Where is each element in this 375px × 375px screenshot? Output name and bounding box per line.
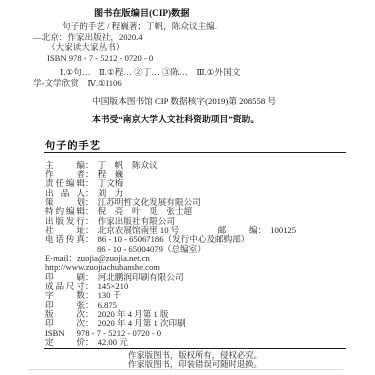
field-value: 2020 年 4 月第 1 次印刷 [98,318,186,328]
cip-entry-line: —北京：作家出版社，2020.4 [33,32,338,43]
book-title: 句子的手艺 [45,137,101,152]
footer-notices: 作家版图书，版权所有，侵权必究。 作家版图书，印装错误可随时退换。 [44,351,346,370]
copyright-notice: 作家版图书，版权所有，侵权必究。 [44,351,346,360]
cip-entry-line: ISBN 978 - 7 - 5212 - 0720 - 0 [47,53,338,64]
cip-entry-block: 句子的手艺 / 程巍著；丁帆，陈众议主编. —北京：作家出版社，2020.4 （… [33,21,338,63]
cip-entry-line: （大家读大家丛书） [47,42,338,53]
colophon-row-price: 定价：42.00 元 [45,338,346,347]
field-value: 100125 [270,225,296,235]
footer-divider-rule [44,348,346,349]
cip-classification-line: 学-文学欣赏 Ⅳ.①I106 [33,78,338,89]
colophon-table: 主编：丁 帆 陈众议 作者：程 巍 责任编辑：丁文梅 出品人：刘 力 策划：江苏… [45,161,346,348]
title-divider-rule [44,152,346,154]
field-value: 丁 帆 陈众议 [98,160,158,170]
field-colon: ： [258,226,267,235]
cip-entry-line: 句子的手艺 / 程巍著；丁帆，陈众议主编. [62,21,338,32]
website-text: http://www.zuojiachubanshe.com [45,262,160,272]
cip-heading: 图书在版编目(CIP)数据 [94,5,189,19]
field-value: 丁文梅 [98,178,124,188]
funding-note: 本书受“南京大学人文社科资助项目”资助。 [92,112,259,125]
cip-classification-line: Ⅰ.①句… Ⅱ.①程… ②丁… ③陈… Ⅲ.①外国文 [60,67,338,78]
exchange-notice: 作家版图书，印装错误可随时退换。 [44,360,346,369]
field-label: 定价 [45,338,85,347]
copyright-page: 图书在版编目(CIP)数据 句子的手艺 / 程巍著；丁帆，陈众议主编. —北京：… [0,0,375,375]
field-value: 130 千 [98,290,122,300]
field-label: 电话传真 [45,235,85,244]
field-value: 42.00 元 [98,337,128,347]
cip-classification-block: Ⅰ.①句… Ⅱ.①程… ②丁… ③陈… Ⅲ.①外国文 学-文学欣赏 Ⅳ.①I10… [33,67,338,90]
page-edge-line [28,369,343,370]
field-value: 倪 亮 叶 觅 张士超 [98,206,193,216]
cip-record-number: 中国版本图书馆 CIP 数据核字(2019)第 208558 号 [92,95,276,107]
field-colon: ： [85,235,94,244]
field-colon: ： [85,338,94,347]
